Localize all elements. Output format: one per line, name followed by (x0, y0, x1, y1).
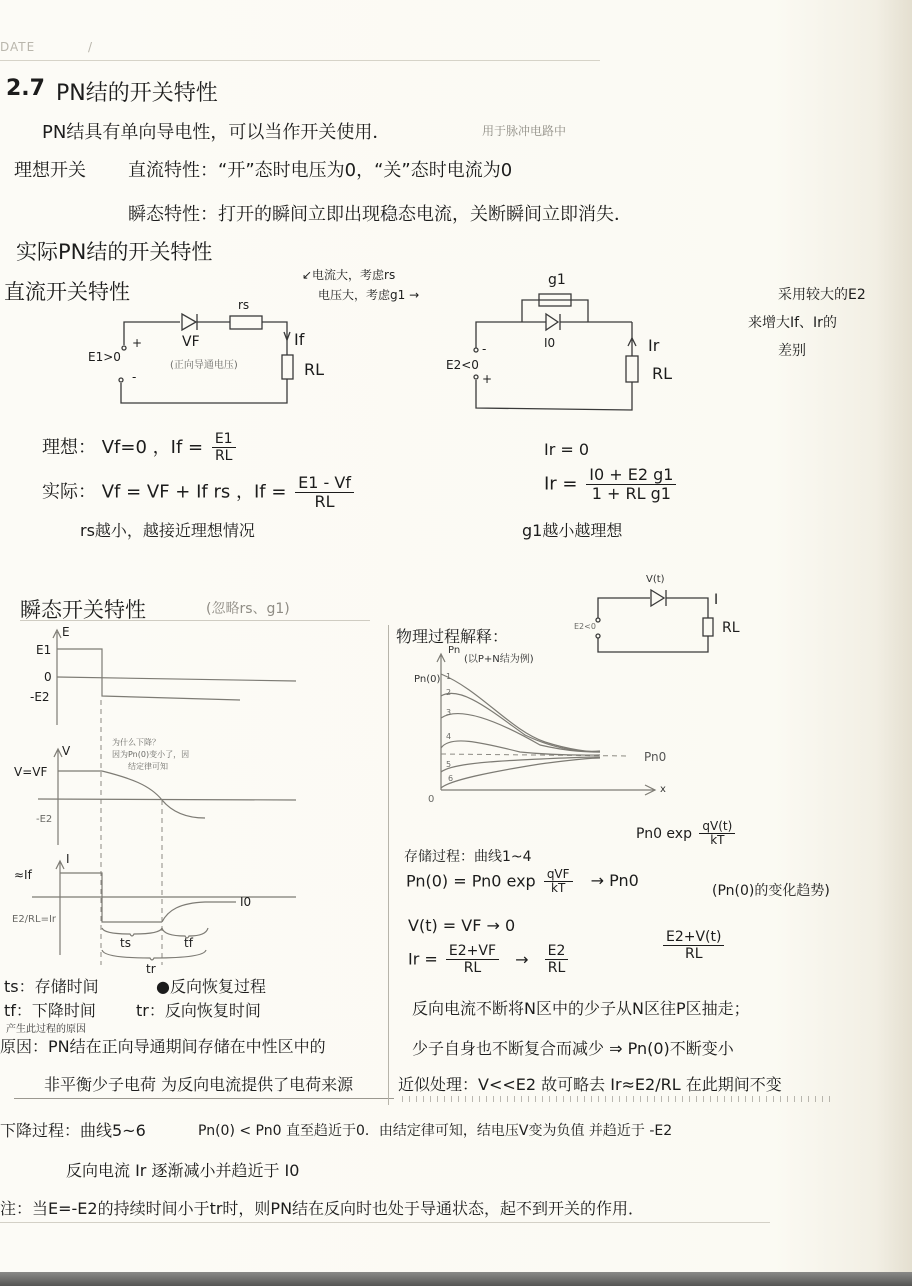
origin-label: 0 (428, 794, 434, 805)
i0-label: I0 (544, 336, 555, 350)
curve-4: 4 (446, 732, 451, 741)
ir-lhs: Ir = (408, 950, 438, 969)
forward-minus: - (132, 370, 136, 384)
ideal-label: 理想： (42, 437, 96, 458)
reverse-source: E2<0 (446, 358, 479, 372)
reverse-plus: + (482, 372, 492, 386)
fall-note: 注：当E=-E2的持续时间小于tr时，则PN结在反向时也处于导通状态，起不到开关… (0, 1196, 644, 1219)
storage-title: 存储过程：曲线1~4 (404, 846, 532, 866)
e-axis-label: E (62, 625, 70, 639)
curve-5: 5 (446, 760, 451, 769)
reverse-eq-2-lhs: Ir = (544, 473, 578, 494)
physics-title: 物理过程解释： (396, 624, 508, 647)
reverse-eq-2-num: I0 + E2 g1 (586, 466, 676, 485)
actual-eq: Vf = VF + If rs ，If = (102, 481, 287, 502)
storage-eq-lhs: Pn(0) = Pn0 exp (406, 871, 536, 890)
actual-equation: 实际： Vf = VF + If rs ，If = E1 - VfRL (42, 474, 357, 511)
vf-label: VF (182, 334, 200, 350)
v-note-1: 为什么下降？ (112, 737, 160, 748)
i-ir-label: E2/RL=Ir (12, 914, 56, 925)
curve-3: 3 (446, 708, 451, 717)
approx-underline (396, 1096, 836, 1102)
v-neg-e2-label: -E2 (36, 814, 52, 825)
physics-subtitle: (以P+N结为例) (464, 650, 534, 665)
fall-line-1b: Pn(0) < Pn0 直至趋近于0．由结定律可知，结电压V变为负值 并趋近于 … (198, 1120, 672, 1140)
cause-line-2: 非平衡少子电荷 为反向电流提供了电荷来源 (44, 1072, 353, 1095)
ir-den-2: RL (545, 960, 569, 976)
rs-label: rs (238, 298, 249, 312)
ir-num-1: E2+VF (446, 944, 499, 960)
pn0-tick: Pn(0) (414, 674, 440, 685)
storage-top-lhs: Pn0 exp (636, 826, 692, 842)
ts-def: ts：存储时间 (4, 974, 99, 997)
forward-plus: + (132, 336, 142, 350)
storage-equation: Pn(0) = Pn0 exp qVFkT → Pn0 (406, 868, 639, 896)
e1-label: E1 (36, 643, 51, 657)
ts-label: ts (120, 936, 131, 950)
g1-label: g1 (548, 272, 566, 288)
i0-graph-label: I0 (240, 895, 251, 909)
storage-eq-den: kT (548, 882, 568, 896)
rs-note: rs越小，越接近理想情况 (80, 518, 255, 541)
ideal-den: RL (212, 448, 236, 464)
storage-eq-rhs: → Pn0 (591, 871, 639, 890)
storage-top-den: kT (707, 834, 727, 848)
vt-equation: V(t) = VF → 0 (408, 916, 515, 935)
x-axis-label: x (660, 784, 666, 795)
physics-source: E2<0 (574, 622, 596, 631)
neg-e2-label: -E2 (30, 690, 50, 704)
tr-def: tr：反向恢复时间 (136, 998, 261, 1021)
reverse-recovery-label: ●反向恢复过程 (156, 974, 266, 997)
extract-line-1: 反向电流不断将N区中的少子从N区往P区抽走； (412, 996, 750, 1019)
v-note-3: 结定律可知 (128, 761, 168, 772)
reverse-eq-1: Ir = 0 (544, 440, 589, 459)
ideal-num: E1 (212, 432, 236, 448)
cause-label: 产生此过程的原因 (6, 1020, 86, 1035)
physics-v-label: V(t) (646, 574, 665, 585)
ir-equation: Ir = E2+VFRL → E2RL (408, 944, 571, 976)
v-axis-label: V (62, 744, 70, 758)
curve-1: 1 (446, 672, 451, 681)
i-if-label: ≈If (14, 868, 32, 882)
actual-label: 实际： (42, 481, 96, 502)
storage-top-expr: Pn0 exp qV(t)kT (636, 820, 738, 848)
tf-def: tf：下降时间 (4, 998, 96, 1021)
storage-eq-num: qVF (544, 868, 573, 882)
curve-2: 2 (446, 688, 451, 697)
page-edge-shadow (0, 1272, 912, 1286)
forward-rl: RL (304, 360, 324, 379)
ir-label: Ir (648, 336, 659, 355)
pn-axis-label: Pn (448, 645, 460, 656)
ir-den-3: RL (682, 946, 706, 962)
storage-trend: (Pn(0)的变化趋势) (712, 880, 830, 900)
reverse-rl: RL (652, 364, 672, 383)
actual-num: E1 - Vf (295, 474, 354, 493)
transient-rule (20, 620, 370, 621)
ir-den-1: RL (461, 960, 485, 976)
v-note-2: 因为Pn(0)变小了，因 (112, 749, 189, 760)
storage-top-num: qV(t) (699, 820, 735, 834)
fall-line-2: 反向电流 Ir 逐渐减小并趋近于 I0 (66, 1158, 299, 1181)
reverse-eq-2: Ir = I0 + E2 g11 + RL g1 (544, 466, 679, 503)
cause-underline (14, 1098, 394, 1099)
ideal-eq: Vf=0 ，If = (102, 437, 203, 458)
note-rule (0, 1222, 770, 1223)
cause-line-1: 原因：PN结在正向导通期间存储在中性区中的 (0, 1034, 326, 1057)
physics-rl: RL (722, 620, 740, 636)
v-vf-label: V=VF (14, 765, 47, 779)
ir-num-3: E2+V(t) (663, 930, 724, 946)
approx-line: 近似处理：V<<E2 故可略去 Ir≈E2/RL 在此期间不变 (398, 1072, 782, 1095)
curve-6: 6 (448, 774, 453, 783)
if-label: If (294, 330, 304, 349)
reverse-eq-2-den: 1 + RL g1 (589, 485, 674, 503)
forward-source: E1>0 (88, 350, 121, 364)
transient-title-note: (忽略rs、g1) (206, 598, 290, 618)
i-axis-label: I (66, 852, 70, 866)
fall-line-1a: 下降过程：曲线5~6 (0, 1118, 146, 1141)
ideal-equation: 理想： Vf=0 ，If = E1RL (42, 432, 239, 464)
reverse-minus: - (482, 342, 486, 356)
pn0-asymptote: Pn0 (644, 750, 666, 764)
zero-label: 0 (44, 670, 52, 684)
physics-i-label: I (714, 592, 718, 608)
tr-label: tr (146, 962, 156, 976)
vf-note: (正向导通电压) (170, 356, 238, 371)
g1-note: g1越小越理想 (522, 518, 622, 541)
column-divider (388, 625, 389, 1105)
ir-num-2: E2 (545, 944, 569, 960)
actual-den: RL (312, 493, 338, 511)
extract-line-2: 少子自身也不断复合而减少 ⇒ Pn(0)不断变小 (412, 1036, 734, 1059)
tf-label: tf (184, 936, 193, 950)
ir-equation-time: E2+V(t)RL (660, 930, 727, 962)
